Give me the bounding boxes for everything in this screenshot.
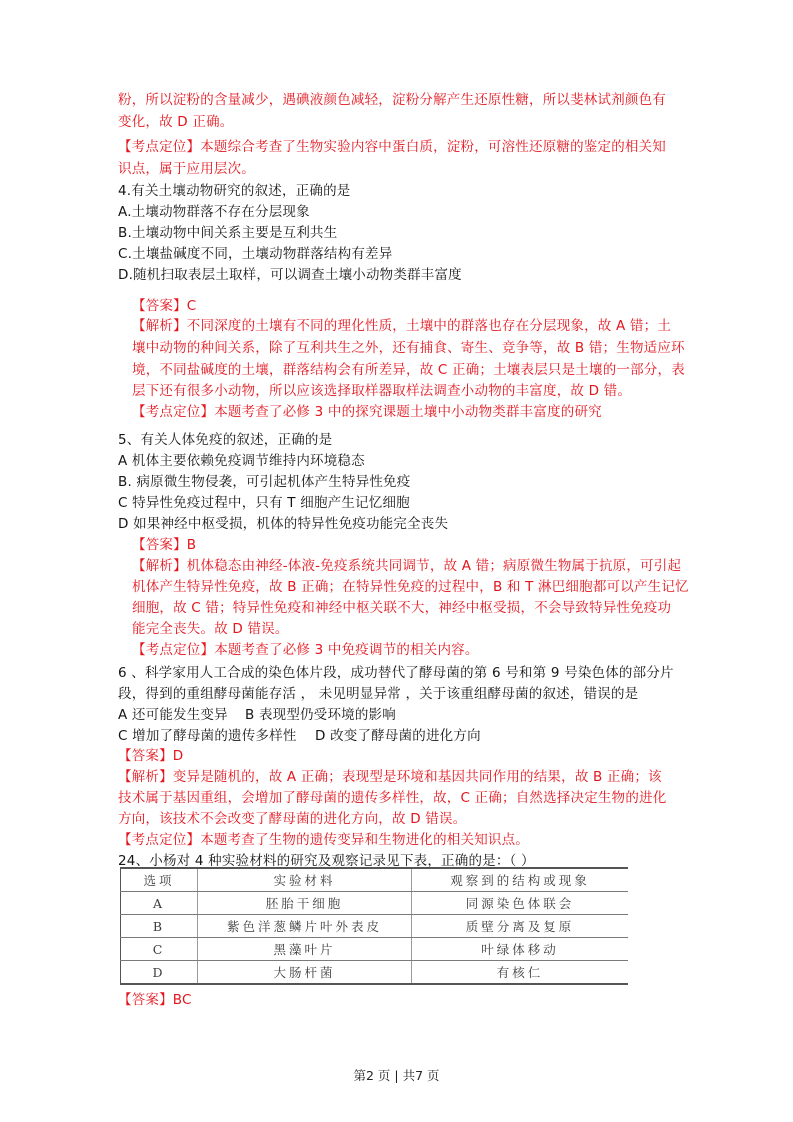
table-cell-option: B	[121, 915, 198, 938]
table-row: B 紫色洋葱鳞片叶外表皮 质壁分离及复原	[121, 915, 629, 938]
q5-analysis-line-2: 机体产生特异性免疫，故 B 正确；在特异性免疫的过程中，B 和 T 淋巴细胞都可…	[132, 577, 689, 597]
q4-analysis-line-1: 【解析】不同深度的土壤有不同的理化性质，土壤中的群落也存在分层现象，故 A 错；…	[132, 316, 671, 336]
q6-option-d: D 改变了酵母菌的进化方向	[315, 726, 481, 746]
table-cell-option: C	[121, 938, 198, 961]
table-cell-observation: 叶绿体移动	[412, 938, 629, 961]
table-cell-observation: 有核仁	[412, 961, 629, 985]
q6-option-c: C 增加了酵母菌的遗传多样性	[118, 726, 297, 746]
q5-kaodian: 【考点定位】本题考查了必修 3 中免疫调节的相关内容。	[132, 640, 479, 660]
table-header-material: 实验材料	[198, 868, 412, 892]
q4-stem: 4.有关土壤动物研究的叙述，正确的是	[118, 181, 350, 201]
table-header-option: 选项	[121, 868, 198, 892]
q4-option-c: C.土壤盐碱度不同，土壤动物群落结构有差异	[118, 244, 392, 264]
page-footer: 第2 页 | 共7 页	[0, 1066, 793, 1084]
table-header-row: 选项 实验材料 观察到的结构或现象	[121, 868, 629, 892]
q6-option-b: B 表现型仍受环境的影响	[245, 705, 396, 725]
q6-kaodian: 【考点定位】本题考查了生物的遗传变异和生物进化的相关知识点。	[118, 830, 529, 850]
table-row: A 胚胎干细胞 同源染色体联会	[121, 892, 629, 915]
q4-option-a: A.土壤动物群落不存在分层现象	[118, 202, 310, 222]
table-cell-option: A	[121, 892, 198, 915]
q5-option-c: C 特异性免疫过程中，只有 T 细胞产生记忆细胞	[118, 493, 410, 513]
q4-analysis-line-2: 壤中动物的种间关系，除了互利共生之外，还有捕食、寄生、竞争等，故 B 错；生物适…	[132, 338, 685, 358]
table-cell-material: 大肠杆菌	[198, 961, 412, 985]
table-cell-material: 紫色洋葱鳞片叶外表皮	[198, 915, 412, 938]
q4-analysis-line-4: 层下还有很多小动物，所以应该选择取样器取样法调查小动物的丰富度，故 D 错。	[132, 381, 631, 401]
q5-answer: 【答案】B	[132, 535, 196, 555]
q5-option-b: B. 病原微生物侵袭，可引起机体产生特异性免疫	[118, 472, 410, 492]
q24-answer: 【答案】BC	[118, 990, 192, 1010]
q4-answer: 【答案】C	[132, 296, 196, 316]
q6-analysis-line-2: 技术属于基因重组，会增加了酵母菌的遗传多样性，故，C 正确；自然选择决定生物的进…	[118, 788, 666, 808]
q6-stem-line-1: 6 、科学家用人工合成的染色体片段，成功替代了酵母菌的第 6 号和第 9 号染色…	[118, 663, 674, 683]
q5-option-a: A 机体主要依赖免疫调节维持内环境稳态	[118, 451, 365, 471]
kaodian-prev-line-2: 识点，属于应用层次。	[118, 159, 255, 179]
q4-kaodian: 【考点定位】本题考查了必修 3 中的探究课题土壤中小动物类群丰富度的研究	[132, 402, 602, 422]
table-cell-option: D	[121, 961, 198, 985]
q24-table: 选项 实验材料 观察到的结构或现象 A 胚胎干细胞 同源染色体联会 B 紫色洋葱…	[120, 867, 628, 985]
table-row: C 黑藻叶片 叶绿体移动	[121, 938, 629, 961]
table-cell-material: 胚胎干细胞	[198, 892, 412, 915]
continuation-line-2: 变化，故 D 正确。	[118, 112, 233, 132]
q6-option-a: A 还可能发生变异	[118, 705, 228, 725]
q5-analysis-line-3: 细胞，故 C 错；特异性免疫和神经中枢关联不大，神经中枢受损，不会导致特异性免疫…	[132, 598, 671, 618]
q6-analysis-line-3: 方向，该技术不会改变了酵母菌的进化方向，故 D 错误。	[118, 809, 466, 829]
q5-analysis-line-1: 【解析】机体稳态由神经-体液-免疫系统共同调节，故 A 错；病原微生物属于抗原，…	[132, 556, 681, 576]
q5-analysis-line-4: 能完全丧失。故 D 错误。	[132, 619, 289, 639]
table-row: D 大肠杆菌 有核仁	[121, 961, 629, 985]
kaodian-prev-line-1: 【考点定位】本题综合考查了生物实验内容中蛋白质，淀粉，可溶性还原糖的鉴定的相关知	[118, 137, 666, 157]
table-cell-material: 黑藻叶片	[198, 938, 412, 961]
table-header-observation: 观察到的结构或现象	[412, 868, 629, 892]
q4-analysis-line-3: 境，不同盐碱度的土壤，群落结构会有所差异，故 C 正确；土壤表层只是土壤的一部分…	[132, 360, 685, 380]
q5-option-d: D 如果神经中枢受损，机体的特异性免疫功能完全丧失	[118, 514, 448, 534]
q5-stem: 5、有关人体免疫的叙述，正确的是	[118, 430, 332, 450]
q6-analysis-line-1: 【解析】变异是随机的，故 A 正确；表现型是环境和基因共同作用的结果，故 B 正…	[118, 767, 662, 787]
q6-stem-line-2: 段，得到的重组酵母菌能存活 ， 未见明显异常 ，关于该重组酵母菌的叙述，错误的是	[118, 684, 638, 704]
q4-option-b: B.土壤动物中间关系主要是互利共生	[118, 223, 337, 243]
table-cell-observation: 同源染色体联会	[412, 892, 629, 915]
continuation-line-1: 粉，所以淀粉的含量减少，遇碘液颜色减轻，淀粉分解产生还原性糖，所以斐林试剂颜色有	[118, 90, 666, 110]
q6-answer: 【答案】D	[118, 746, 183, 766]
document-page: 粉，所以淀粉的含量减少，遇碘液颜色减轻，淀粉分解产生还原性糖，所以斐林试剂颜色有…	[0, 0, 793, 1122]
q4-option-d: D.随机扫取表层土取样，可以调查土壤小动物类群丰富度	[118, 265, 462, 285]
table-cell-observation: 质壁分离及复原	[412, 915, 629, 938]
